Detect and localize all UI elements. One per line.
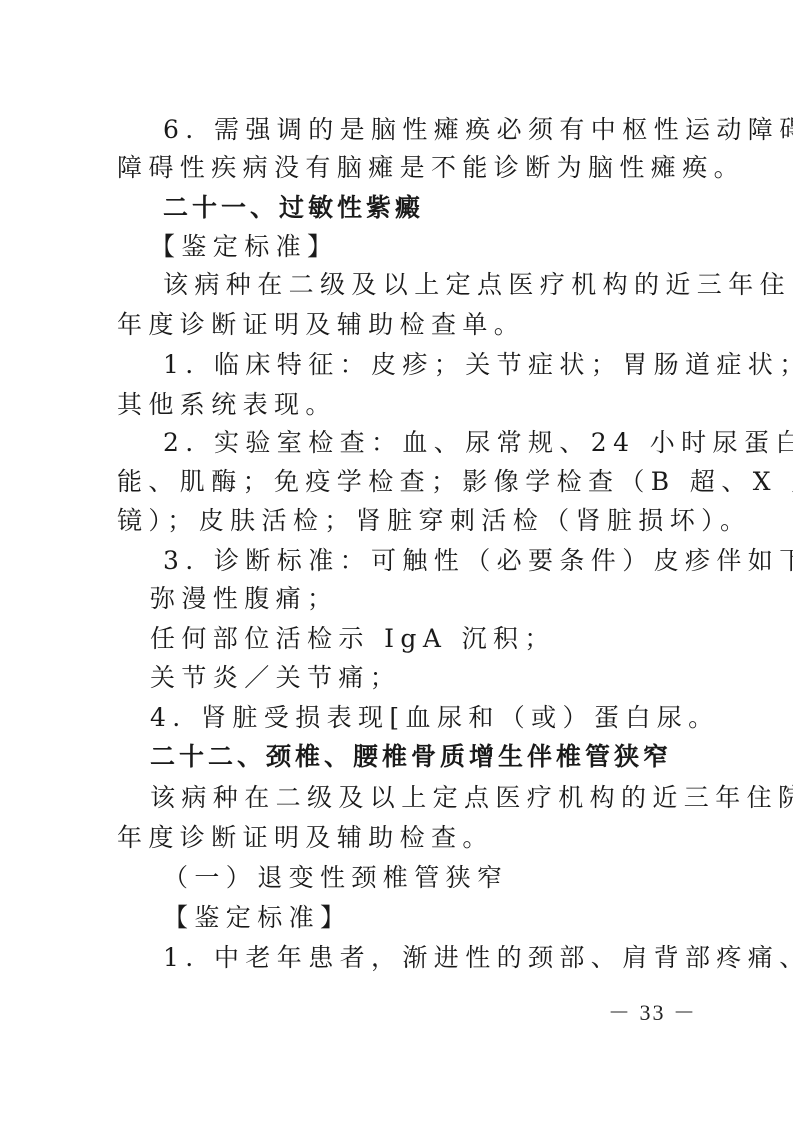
paragraph-line: 3. 诊断标准：可触性（必要条件）皮疹伴如下任何一条： xyxy=(163,546,753,576)
paragraph-line: 6. 需强调的是脑性瘫痪必须有中枢性运动障碍，单纯智力 xyxy=(163,115,753,145)
paragraph-line: 该病种在二级及以上定点医疗机构的近三年住院病历和当 xyxy=(163,270,753,300)
paragraph-line: 年度诊断证明及辅助检查。 xyxy=(117,823,707,853)
paragraph-line: 能、肌酶；免疫学检查；影像学检查（B 超、X 片、CT 及胃肠 xyxy=(117,467,707,497)
paragraph-line: 年度诊断证明及辅助检查单。 xyxy=(117,310,707,340)
paragraph-line: 镜）；皮肤活检；肾脏穿刺活检（肾脏损坏）。 xyxy=(117,506,707,536)
list-item: 关节炎／关节痛； xyxy=(150,663,740,693)
section-heading: 二十一、过敏性紫癜 xyxy=(163,193,753,223)
paragraph-line: 4. 肾脏受损表现[血尿和（或）蛋白尿。 xyxy=(150,703,740,733)
paragraph-line: 其他系统表现。 xyxy=(117,390,707,420)
subheading: 【鉴定标准】 xyxy=(163,903,753,933)
list-item: 任何部位活检示 IgA 沉积； xyxy=(150,624,740,654)
section-heading: 二十二、颈椎、腰椎骨质增生伴椎管狭窄 xyxy=(150,742,740,772)
subsection-heading: （一）退变性颈椎管狭窄 xyxy=(163,863,753,893)
paragraph-line: 障碍性疾病没有脑瘫是不能诊断为脑性瘫痪。 xyxy=(117,153,707,183)
document-page: 6. 需强调的是脑性瘫痪必须有中枢性运动障碍，单纯智力 障碍性疾病没有脑瘫是不能… xyxy=(0,0,793,1121)
paragraph-line: 1. 中老年患者，渐进性的颈部、肩背部疼痛、伴双上肢麻 xyxy=(163,943,753,973)
page-number: － 33 － xyxy=(608,996,697,1027)
subheading: 【鉴定标准】 xyxy=(150,232,740,262)
paragraph-line: 1. 临床特征：皮疹；关节症状；胃肠道症状；肾脏损害； xyxy=(163,350,753,380)
paragraph-line: 2. 实验室检查：血、尿常规、24 小时尿蛋白定量，肝肾功 xyxy=(163,428,753,458)
list-item: 弥漫性腹痛； xyxy=(150,584,740,614)
paragraph-line: 该病种在二级及以上定点医疗机构的近三年住院病历和当 xyxy=(150,783,740,813)
